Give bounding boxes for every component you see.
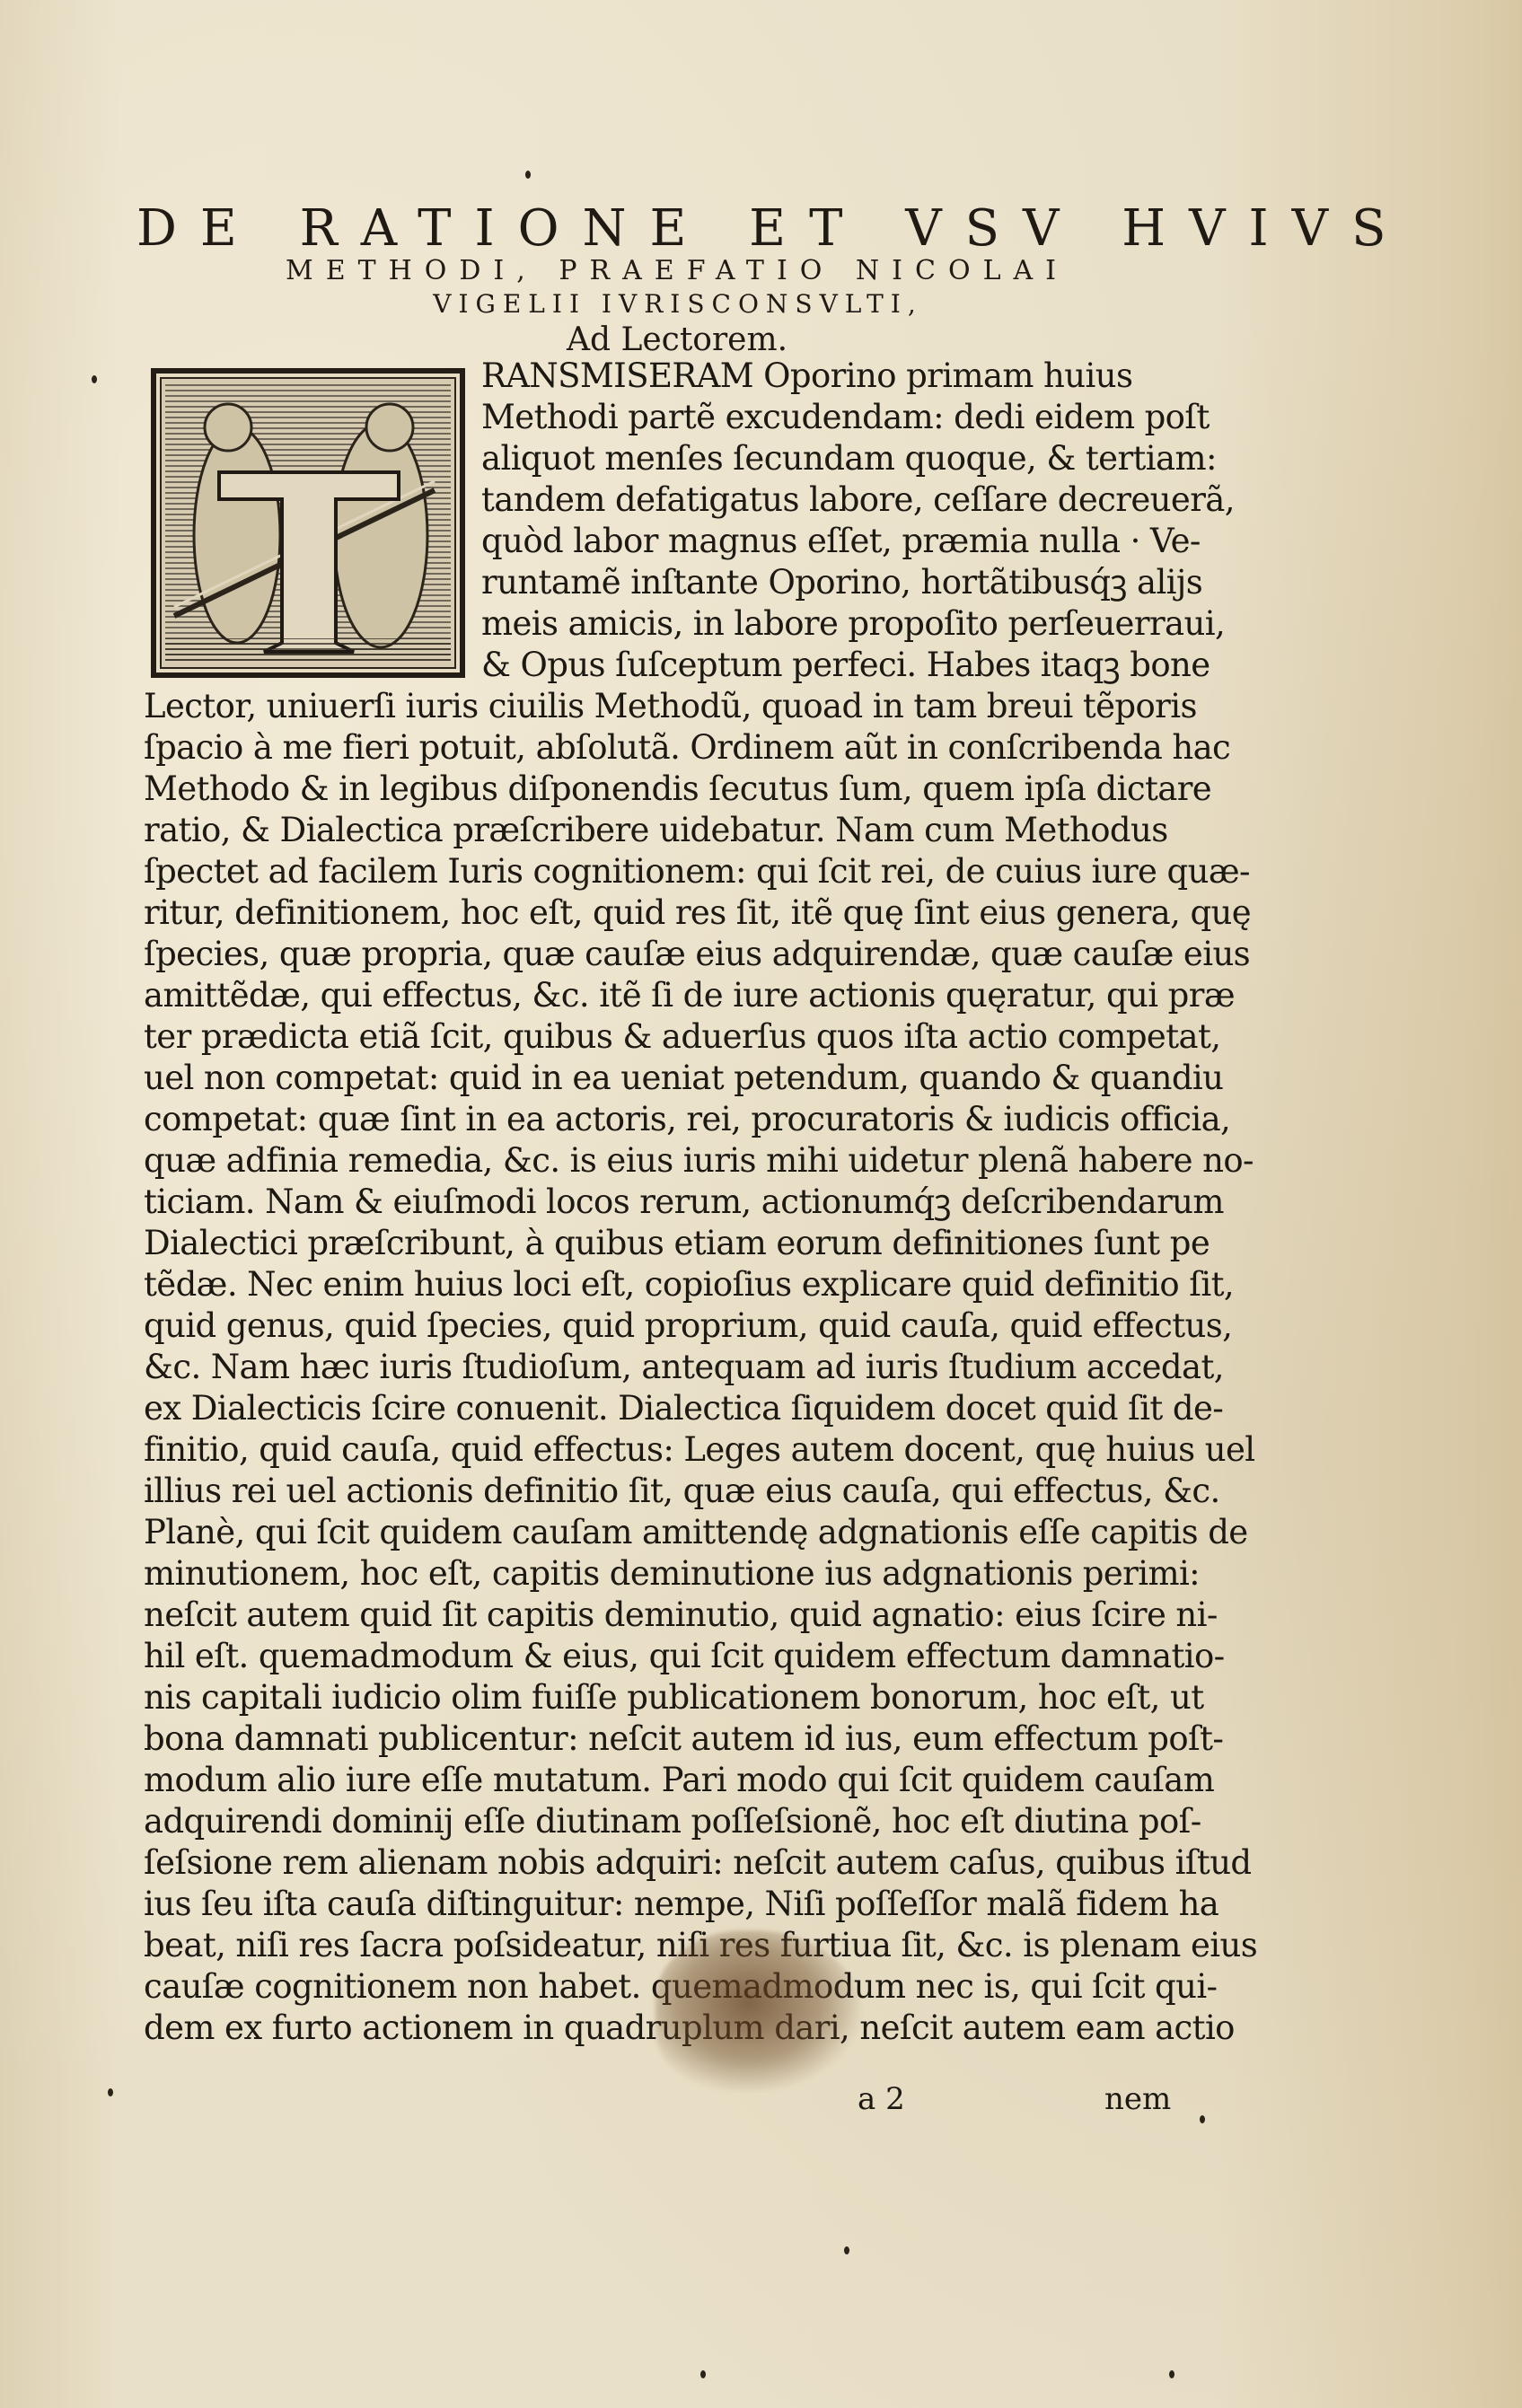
text-line: &c. Nam hæc iuris ſtudioſum, antequam ad… <box>144 1347 1224 1388</box>
text-line: tandem defatigatus labore, ceſſare decre… <box>481 479 1235 521</box>
text-line: Methodo & in legibus diſponendis ſecutus… <box>144 769 1211 810</box>
text-line: uel non competat: quid in ea ueniat pete… <box>144 1058 1223 1099</box>
text-line: runtamẽ inſtante Oporino, hortãtibusq́ꝫ … <box>481 562 1202 603</box>
woodcut-initial-t <box>151 368 465 678</box>
text-line: ſeſsione rem alienam nobis adquiri: neſc… <box>144 1842 1252 1884</box>
catchword: nem <box>1104 2081 1171 2117</box>
text-line: ticiam. Nam & eiuſmodi locos rerum, acti… <box>144 1182 1224 1223</box>
ink-speck <box>700 2370 706 2378</box>
text-line: nis capitali iudicio olim fuiſſe publica… <box>144 1677 1204 1718</box>
text-line: ſpacio à me fieri potuit, abſolutã. Ordi… <box>144 727 1230 769</box>
title-line-1: DE RATIONE ET VSV HVIVS <box>136 199 1178 258</box>
text-line: ſpectet ad facilem Iuris cognitionem: qu… <box>144 851 1250 892</box>
text-line: Lector, uniuerſi iuris ciuilis Methodũ, … <box>144 686 1197 727</box>
text-line: meis amicis, in labore propoſito perſeue… <box>481 603 1225 645</box>
text-line: Methodi partẽ excudendam: dedi eidem poſ… <box>481 397 1210 438</box>
text-line: quid genus, quid ſpecies, quid proprium,… <box>144 1305 1232 1347</box>
ink-speck <box>1200 2115 1205 2123</box>
text-line: neſcit autem quid ſit capitis deminutio,… <box>144 1595 1218 1636</box>
text-line: competat: quæ ſint in ea actoris, rei, p… <box>144 1099 1230 1140</box>
ink-speck <box>844 2246 849 2254</box>
title-line-3: VIGELII IVRISCONSVLTI, <box>404 289 952 319</box>
text-line: ius ſeu iſta cauſa diſtinguitur: nempe, … <box>144 1884 1218 1925</box>
signature-mark: a 2 <box>858 2081 905 2117</box>
decorated-letter-t-icon <box>165 382 451 664</box>
text-line: ritur, definitionem, hoc eſt, quid res ſ… <box>144 892 1251 934</box>
text-line: Planè, qui ſcit quidem cauſam amittendę … <box>144 1512 1248 1553</box>
text-line: ſpecies, quæ propria, quæ cauſæ eius adq… <box>144 934 1250 975</box>
title-line-2: METHODI, PRAEFATIO NICOLAI <box>286 255 1058 286</box>
ink-speck <box>108 2088 113 2096</box>
text-line: ratio, & Dialectica præſcribere uidebatu… <box>144 810 1168 851</box>
text-line: Dialectici præſcribunt, à quibus etiam e… <box>144 1223 1210 1264</box>
text-line: amittẽdæ, qui effectus, &c. itẽ ſi de iu… <box>144 975 1235 1016</box>
text-line: aliquot menſes ſecundam quoque, & tertia… <box>481 438 1217 479</box>
text-line: minutionem, hoc eſt, capitis deminutione… <box>144 1553 1200 1595</box>
text-line: adquirendi dominij eſſe diutinam poſſeſs… <box>144 1801 1201 1842</box>
text-line: ex Dialecticis ſcire conuenit. Dialectic… <box>144 1388 1223 1429</box>
text-line: finitio, quid cauſa, quid effectus: Lege… <box>144 1429 1255 1471</box>
title-line-4: Ad Lectorem. <box>515 321 839 358</box>
ink-speck <box>1169 2370 1174 2378</box>
text-line: hil eſt. quemadmodum & eius, qui ſcit qu… <box>144 1636 1225 1677</box>
text-line: tẽdæ. Nec enim huius loci eſt, copioſius… <box>144 1264 1234 1305</box>
book-page: DE RATIONE ET VSV HVIVS METHODI, PRAEFAT… <box>0 0 1522 2408</box>
text-line: quòd labor magnus eſſet, præmia nulla · … <box>481 521 1201 562</box>
text-line: RANSMISERAM Oporino primam huius <box>481 356 1132 397</box>
text-line: modum alio iure eſſe mutatum. Pari modo … <box>144 1760 1214 1801</box>
text-line: quæ adfinia remedia, &c. is eius iuris m… <box>144 1140 1254 1182</box>
text-line: & Opus ſuſceptum perfeci. Habes itaqꝫ bo… <box>481 645 1210 686</box>
text-line: ter prædicta etiã ſcit, quibus & aduerſu… <box>144 1016 1220 1058</box>
ink-speck <box>525 171 531 179</box>
text-line: bona damnati publicentur: neſcit autem i… <box>144 1718 1223 1760</box>
text-line: illius rei uel actionis definitio ſit, q… <box>144 1471 1220 1512</box>
ink-speck <box>92 375 97 383</box>
